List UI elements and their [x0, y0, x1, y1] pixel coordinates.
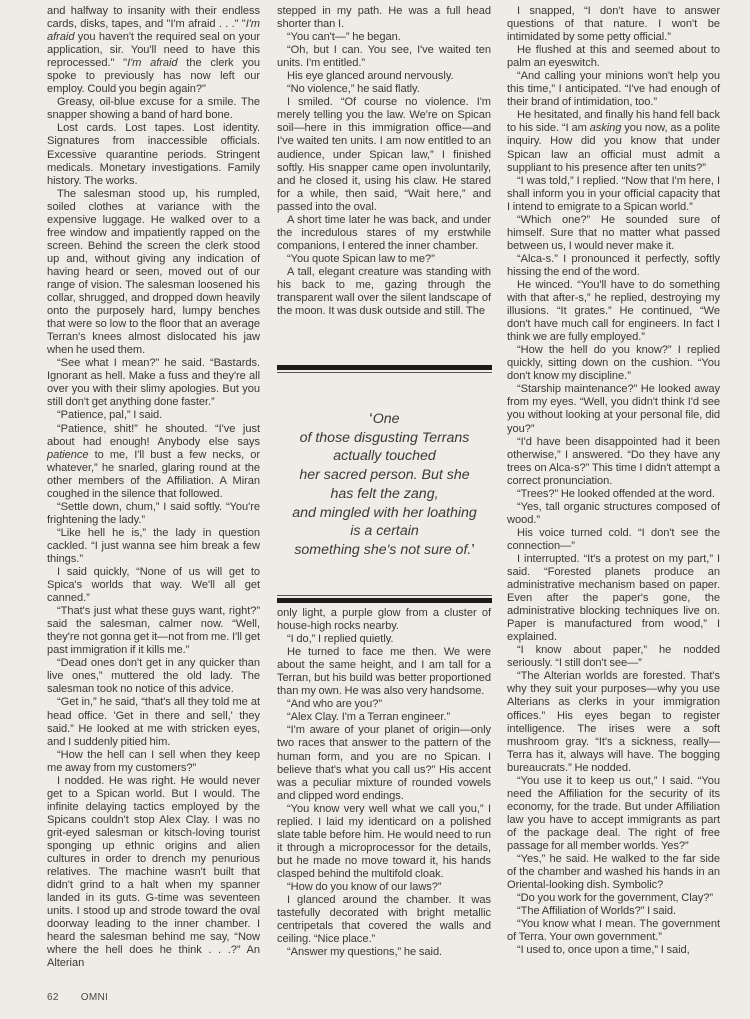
paragraph: “Oh, but I can. You see, I've waited ten… [277, 44, 491, 70]
paragraph: “I do,” I replied quietly. [277, 633, 491, 646]
paragraph: “I know about paper,” he nodded seriousl… [507, 644, 720, 670]
paragraph: “Alex Clay. I'm a Terran engineer.” [277, 711, 491, 724]
paragraph: A short time later he was back, and unde… [277, 214, 491, 253]
paragraph: “Starship maintenance?” He looked away f… [507, 383, 720, 435]
pullquote-bottom-rule [277, 595, 492, 603]
paragraph: “Dead ones don't get in any quicker than… [47, 657, 260, 696]
text-column-2-top: stepped in my path. He was a full head s… [277, 5, 491, 318]
paragraph: “Like hell he is,” the lady in question … [47, 527, 260, 566]
paragraph: “You know what I mean. The government of… [507, 918, 720, 944]
page-number: 62 [47, 992, 59, 1003]
pull-quote-line-2: of those disgusting Terrans [277, 429, 492, 448]
paragraph: I nodded. He was right. He would never g… [47, 775, 260, 971]
paragraph: His eye glanced around nervously. [277, 70, 491, 83]
page-footer: 62OMNI [47, 992, 130, 1003]
paragraph: He turned to face me then. We were about… [277, 646, 491, 698]
paragraph: He hesitated, and finally his hand fell … [507, 109, 720, 174]
pull-quote-line-6: and mingled with her loathing [277, 504, 492, 523]
paragraph: I glanced around the chamber. It was tas… [277, 894, 491, 946]
pull-quote: ‘One of those disgusting Terrans actuall… [277, 410, 492, 560]
paragraph: “And who are you?” [277, 698, 491, 711]
paragraph: “I'd have been disappointed had it been … [507, 436, 720, 488]
text-column-2-bottom: only light, a purple glow from a cluster… [277, 607, 491, 959]
emphasis: I'm afraid [127, 57, 178, 69]
paragraph: “Alca-s.” I pronounced it perfectly, sof… [507, 253, 720, 279]
paragraph: “How do you know of our laws?” [277, 881, 491, 894]
paragraph: “And calling your minions won't help you… [507, 70, 720, 109]
paragraph: and halfway to insanity with their endle… [47, 5, 260, 96]
paragraph: He winced. “You'll have to do something … [507, 279, 720, 344]
paragraph: “Settle down, chum,” I said softly. “You… [47, 501, 260, 527]
magazine-page: and halfway to insanity with their endle… [0, 0, 750, 1019]
paragraph: “The Affiliation of Worlds?” I said. [507, 905, 720, 918]
pull-quote-text: One [373, 411, 400, 427]
pull-quote-line-5: has felt the zang, [277, 485, 492, 504]
paragraph: “You can't—” he began. [277, 31, 491, 44]
pullquote-top-rule [277, 365, 492, 373]
paragraph: I smiled. “Of course no violence. I'm me… [277, 96, 491, 213]
paragraph: “How the hell can I sell when they keep … [47, 749, 260, 775]
rule-thin-line [277, 595, 492, 596]
paragraph: “No violence,” he said flatly. [277, 83, 491, 96]
paragraph: stepped in my path. He was a full head s… [277, 5, 491, 31]
paragraph: The salesman stood up, his rumpled, soil… [47, 188, 260, 358]
text-column-3: I snapped, “I don't have to answer quest… [507, 5, 720, 957]
paragraph: “I was told,” I replied. “Now that I'm h… [507, 175, 720, 214]
paragraph: “Yes,” he said. He walked to the far sid… [507, 853, 720, 892]
emphasis: asking [590, 122, 622, 134]
paragraph: “I used to, once upon a time,” I said, [507, 944, 720, 957]
pull-quote-line-4: her sacred person. But she [277, 466, 492, 485]
rule-thick-bar [277, 598, 492, 603]
paragraph: “Yes, tall organic structures composed o… [507, 501, 720, 527]
rule-thick-bar [277, 365, 492, 370]
paragraph: “That's just what these guys want, right… [47, 605, 260, 657]
paragraph: “Patience, pal,” I said. [47, 409, 260, 422]
paragraph: “Which one?” He sounded sure of himself.… [507, 214, 720, 253]
pull-quote-line-8: something she's not sure of.’ [277, 541, 492, 560]
magazine-name: OMNI [81, 992, 108, 1003]
paragraph: Greasy, oil-blue excuse for a smile. The… [47, 96, 260, 122]
paragraph: “Answer my questions,” he said. [277, 946, 491, 959]
paragraph: “You know very well what we call you,” I… [277, 803, 491, 881]
paragraph: “Trees?” He looked offended at the word. [507, 488, 720, 501]
paragraph: His voice turned cold. “I don't see the … [507, 527, 720, 553]
pull-quote-line-7: is a certain [277, 522, 492, 541]
paragraph: “How the hell do you know?” I replied qu… [507, 344, 720, 383]
paragraph: He flushed at this and seemed about to p… [507, 44, 720, 70]
text-column-1: and halfway to insanity with their endle… [47, 5, 260, 970]
pull-quote-text: something she's not sure of. [294, 542, 471, 558]
paragraph: only light, a purple glow from a cluster… [277, 607, 491, 633]
paragraph: “You quote Spican law to me?” [277, 253, 491, 266]
emphasis: patience [47, 449, 89, 461]
paragraph: “Do you work for the government, Clay?” [507, 892, 720, 905]
emphasis: I'm afraid [47, 18, 260, 43]
paragraph: Lost cards. Lost tapes. Lost identity. S… [47, 122, 260, 187]
paragraph: “Patience, shit!” he shouted. “I've just… [47, 423, 260, 501]
rule-thin-line [277, 372, 492, 373]
close-quote-icon: ’ [471, 541, 474, 558]
paragraph: “I'm aware of your planet of origin—only… [277, 724, 491, 802]
paragraph: A tall, elegant creature was standing wi… [277, 266, 491, 318]
pull-quote-line-3: actually touched [277, 447, 492, 466]
paragraph: “See what I mean?” he said. “Bastards. I… [47, 357, 260, 409]
paragraph: I snapped, “I don't have to answer quest… [507, 5, 720, 44]
paragraph: “The Alterian worlds are forested. That'… [507, 670, 720, 774]
paragraph: “Get in,” he said, “that's all they told… [47, 696, 260, 748]
paragraph: “You use it to keep us out,” I said. “Yo… [507, 775, 720, 853]
paragraph: I said quickly, “None of us will get to … [47, 566, 260, 605]
paragraph: I interrupted. “It's a protest on my par… [507, 553, 720, 644]
pull-quote-line-1: ‘One [277, 410, 492, 429]
